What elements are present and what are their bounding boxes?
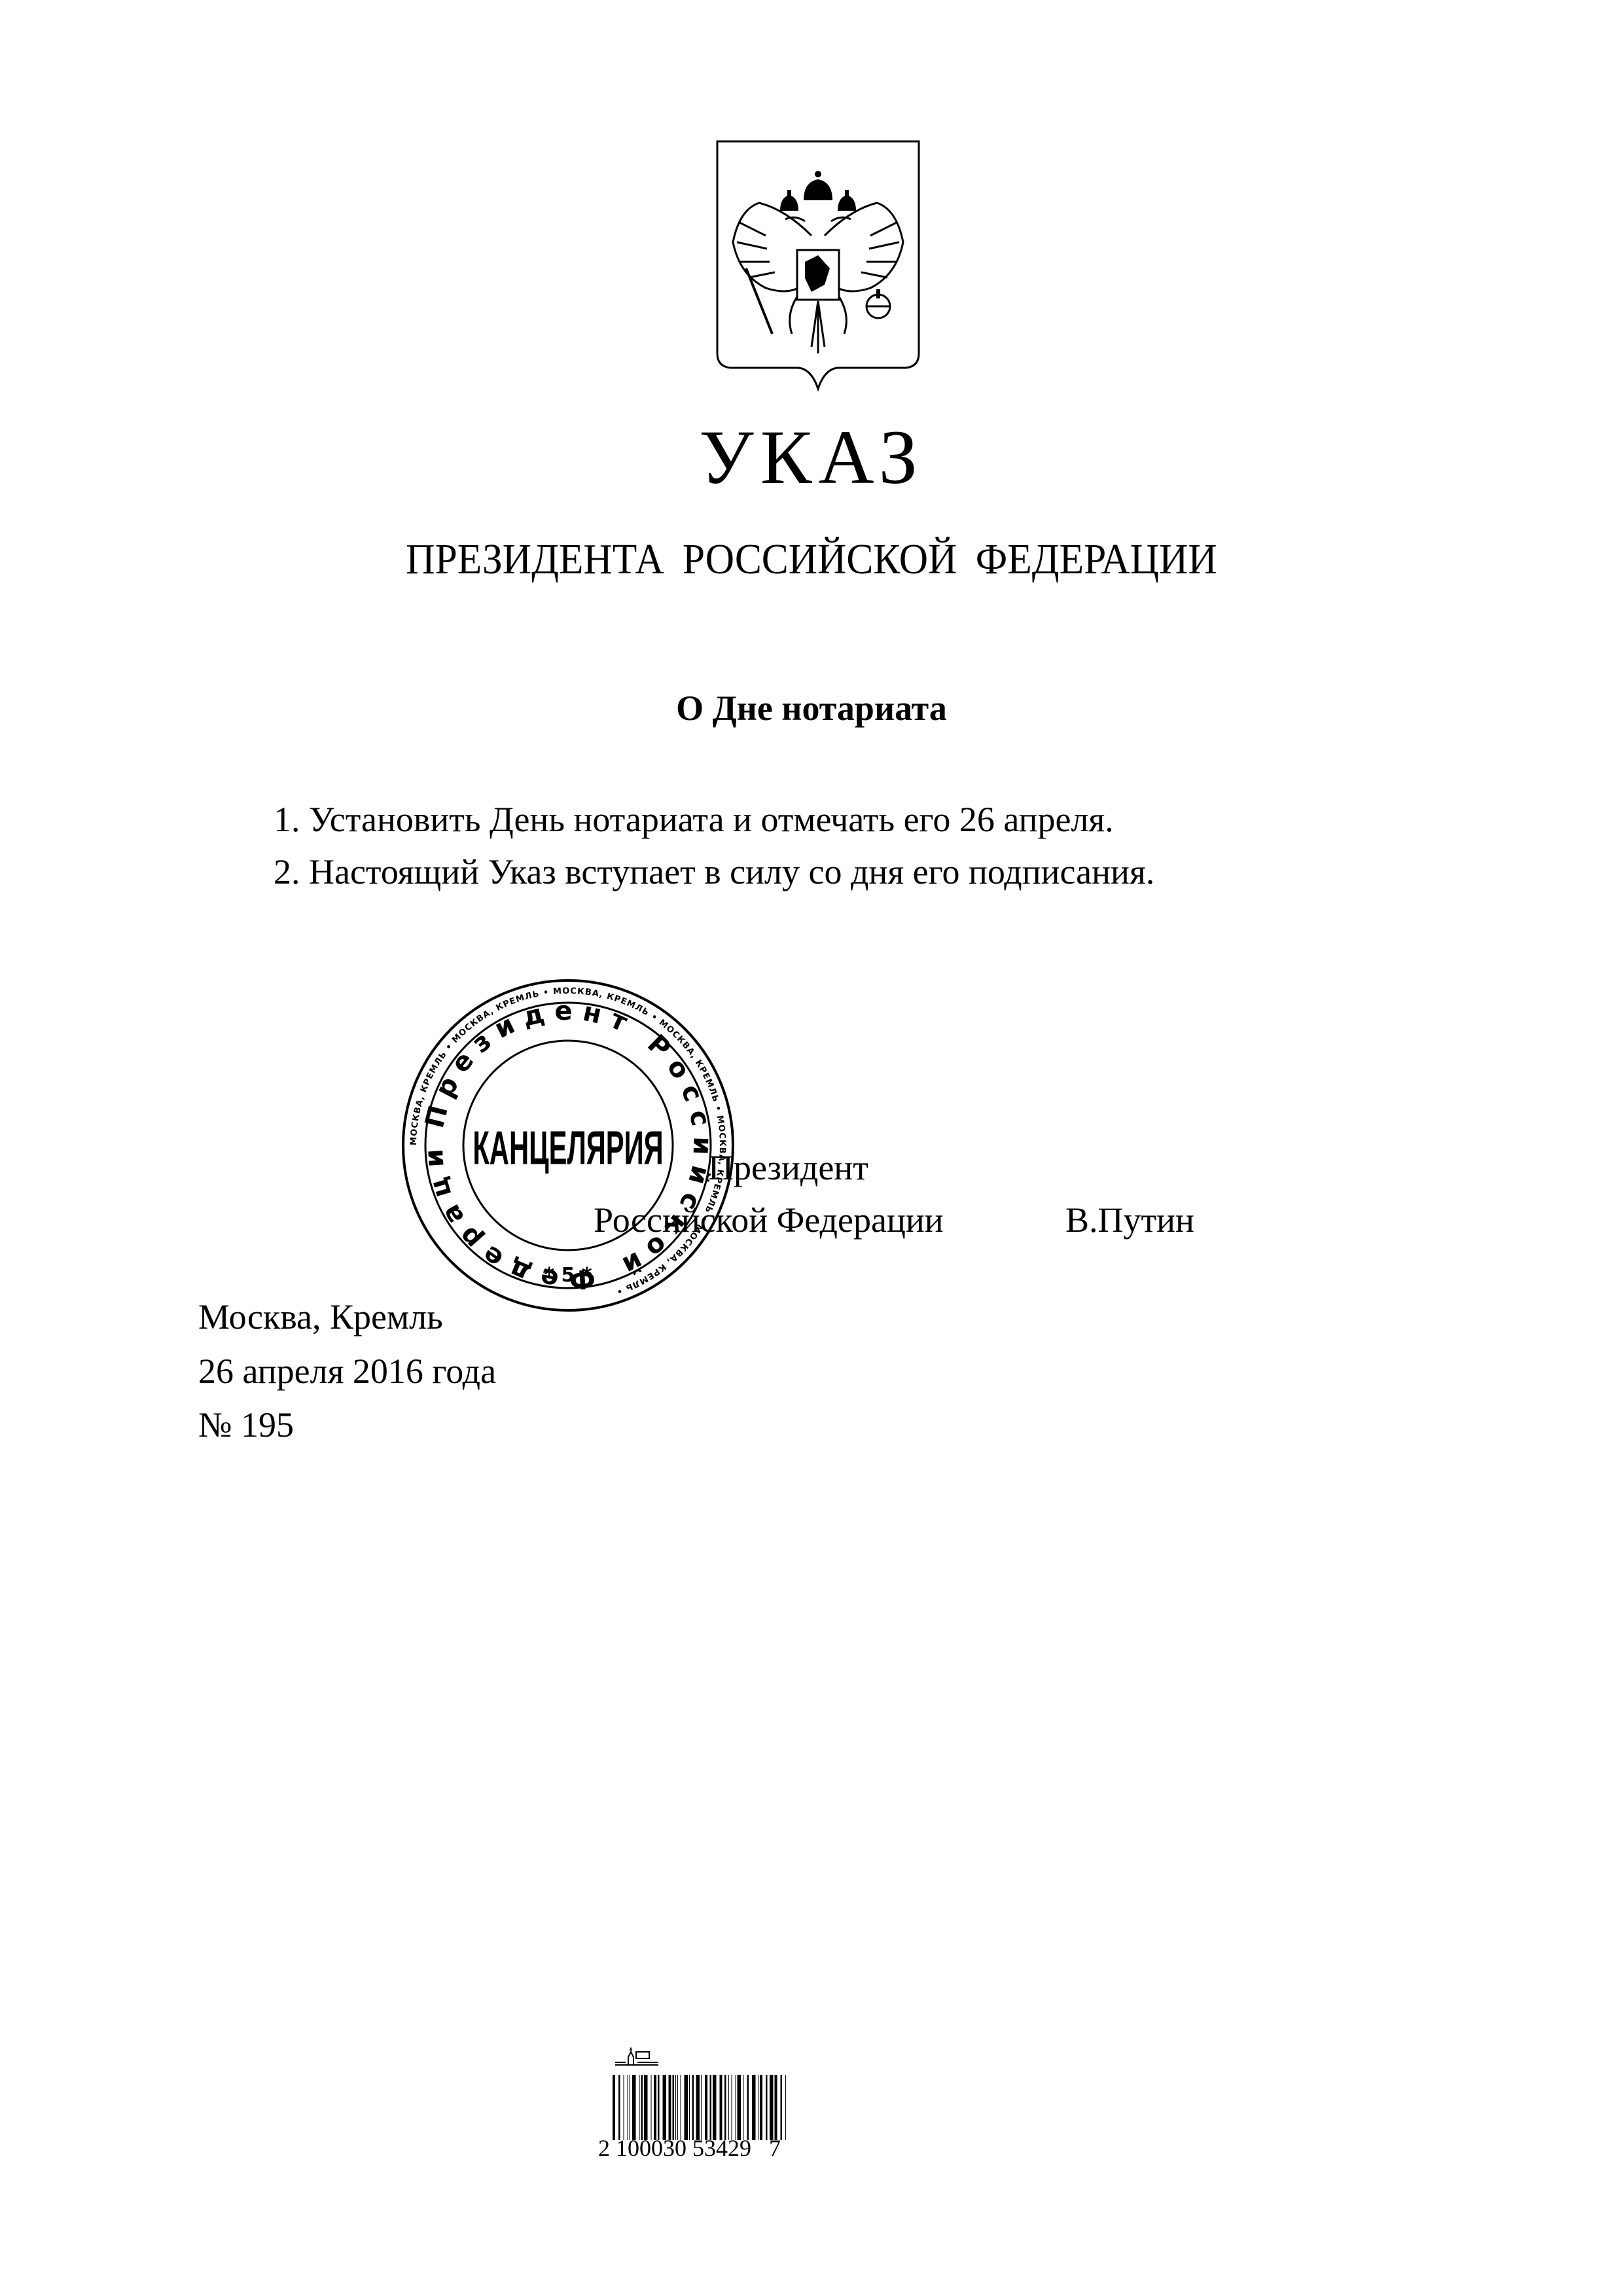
signing-place: Москва, Кремль: [198, 1299, 443, 1335]
issuer-heading: ПРЕЗИДЕНТА РОССИЙСКОЙ ФЕДЕРАЦИИ: [57, 538, 1566, 581]
coat-of-arms-icon: [713, 137, 923, 393]
barcode-digits: 2 100030 53429 7: [598, 2136, 781, 2160]
decree-title: О Дне нотариата: [0, 691, 1623, 726]
signing-date: 26 апреля 2016 года: [198, 1354, 496, 1389]
decree-number: № 195: [198, 1407, 294, 1443]
clause-2: 2. Настоящий Указ вступает в силу со дня…: [274, 854, 1154, 889]
document-barcode: [610, 2075, 793, 2140]
seal-number: * 5 *: [544, 1264, 592, 1287]
kremlin-tower-icon: [614, 2045, 660, 2069]
document-type-heading: УКАЗ: [0, 419, 1623, 496]
signer-name: В.Путин: [1065, 1202, 1194, 1238]
clause-1: 1. Установить День нотариата и отмечать …: [274, 802, 1114, 837]
seal-center-text: КАНЦЕЛЯРИЯ: [473, 1121, 663, 1175]
official-seal: МОСКВА, КРЕМЛЬ • МОСКВА, КРЕМЛЬ • МОСКВА…: [398, 975, 738, 1316]
